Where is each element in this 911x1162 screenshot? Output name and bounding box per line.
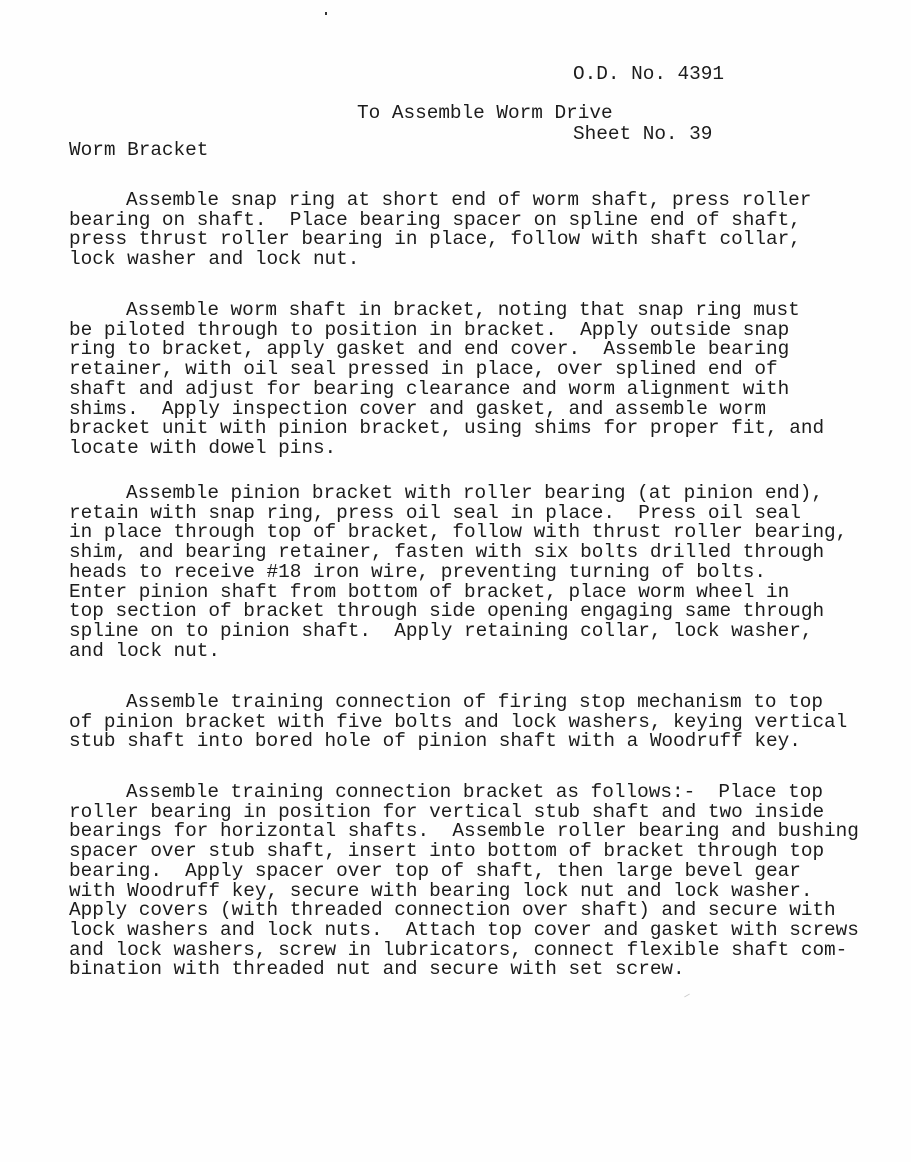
paragraph-line: Assemble training connection bracket as …: [69, 783, 859, 803]
paragraph-line: Assemble pinion bracket with roller bear…: [69, 484, 847, 504]
paragraph-line: Assemble training connection of firing s…: [69, 693, 847, 713]
paragraph: Assemble training connection of firing s…: [69, 693, 847, 752]
paragraph-line: shim, and bearing retainer, fasten with …: [69, 543, 847, 563]
paragraph-line: bearing. Apply spacer over top of shaft,…: [69, 862, 859, 882]
paragraph-line: Assemble snap ring at short end of worm …: [69, 191, 811, 211]
paragraph: Assemble pinion bracket with roller bear…: [69, 484, 847, 661]
od-number: O.D. No. 4391: [573, 65, 724, 85]
paragraph-line: spacer over stub shaft, insert into bott…: [69, 842, 859, 862]
paragraph-line: lock washer and lock nut.: [69, 250, 811, 270]
paragraph-line: lock washers and lock nuts. Attach top c…: [69, 921, 859, 941]
section-heading: Worm Bracket: [69, 141, 208, 161]
ink-mark: [325, 12, 327, 15]
page-title: To Assemble Worm Drive: [357, 104, 613, 124]
paragraph-line: stub shaft into bored hole of pinion sha…: [69, 732, 847, 752]
paper-speck: [684, 994, 690, 998]
paragraph-line: Apply covers (with threaded connection o…: [69, 901, 859, 921]
sheet-number: Sheet No. 39: [573, 125, 724, 145]
paragraph: Assemble worm shaft in bracket, noting t…: [69, 301, 824, 459]
paragraph-line: top section of bracket through side open…: [69, 602, 847, 622]
paragraph-line: heads to receive #18 iron wire, preventi…: [69, 563, 847, 583]
paragraph-line: and lock nut.: [69, 642, 847, 662]
document-page: O.D. No. 4391 Sheet No. 39 To Assemble W…: [0, 0, 911, 1162]
paragraph-line: bracket unit with pinion bracket, using …: [69, 419, 824, 439]
paragraph-line: spline on to pinion shaft. Apply retaini…: [69, 622, 847, 642]
paragraph-line: locate with dowel pins.: [69, 439, 824, 459]
paragraph-line: Assemble worm shaft in bracket, noting t…: [69, 301, 824, 321]
paragraph-line: shaft and adjust for bearing clearance a…: [69, 380, 824, 400]
paragraph: Assemble snap ring at short end of worm …: [69, 191, 811, 270]
paragraph: Assemble training connection bracket as …: [69, 783, 859, 980]
paragraph-line: bination with threaded nut and secure wi…: [69, 960, 859, 980]
paragraph-line: retainer, with oil seal pressed in place…: [69, 360, 824, 380]
